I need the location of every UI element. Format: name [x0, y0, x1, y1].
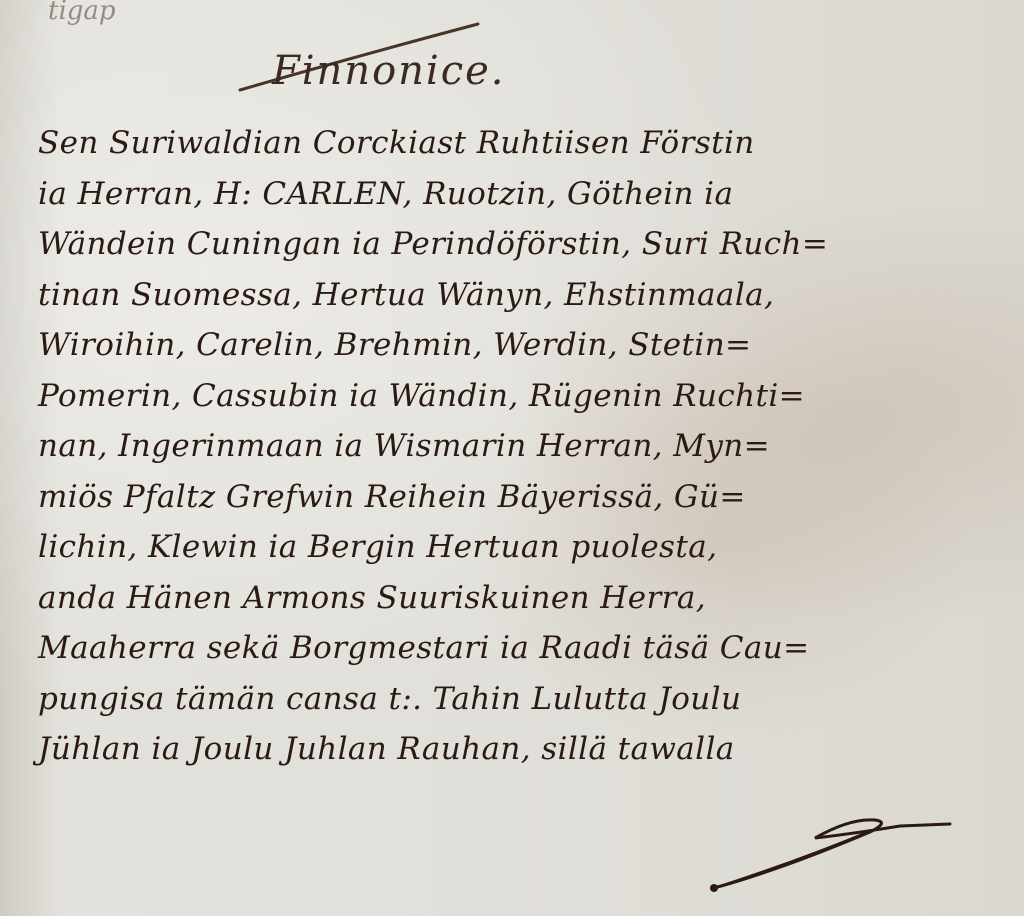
text-line: ia Herran, H: CARLEN, Ruotzin, Göthein i… [38, 169, 968, 220]
text-line: nan, Ingerinmaan ia Wismarin Herran, Myn… [38, 421, 968, 472]
text-line: lichin, Klewin ia Bergin Hertuan puolest… [38, 522, 968, 573]
text-line: Maaherra sekä Borgmestari ia Raadi täsä … [38, 623, 968, 674]
text-line: anda Hänen Armons Suuriskuinen Herra, [38, 573, 968, 624]
text-line: tinan Suomessa, Hertua Wänyn, Ehstinmaal… [38, 270, 968, 321]
text-line: miös Pfaltz Grefwin Reihein Bäyerissä, G… [38, 472, 968, 523]
text-line: Wiroihin, Carelin, Brehmin, Werdin, Stet… [38, 320, 968, 371]
closing-flourish-icon [700, 800, 960, 900]
manuscript-body: Sen Suriwaldian Corckiast Ruhtiisen Förs… [38, 118, 968, 775]
text-line: Pomerin, Cassubin ia Wändin, Rügenin Ruc… [38, 371, 968, 422]
text-line: Sen Suriwaldian Corckiast Ruhtiisen Förs… [38, 118, 968, 169]
manuscript-page: tigap Finnonice. Sen Suriwaldian Corckia… [0, 0, 1024, 916]
top-fragment-text: tigap [48, 0, 116, 26]
text-line: Jühlan ia Joulu Juhlan Rauhan, sillä taw… [38, 724, 968, 775]
text-line: Wändein Cuningan ia Perindöförstin, Suri… [38, 219, 968, 270]
page-heading: Finnonice. [272, 48, 506, 94]
text-line: pungisa tämän cansa t:. Tahin Lulutta Jo… [38, 674, 968, 725]
